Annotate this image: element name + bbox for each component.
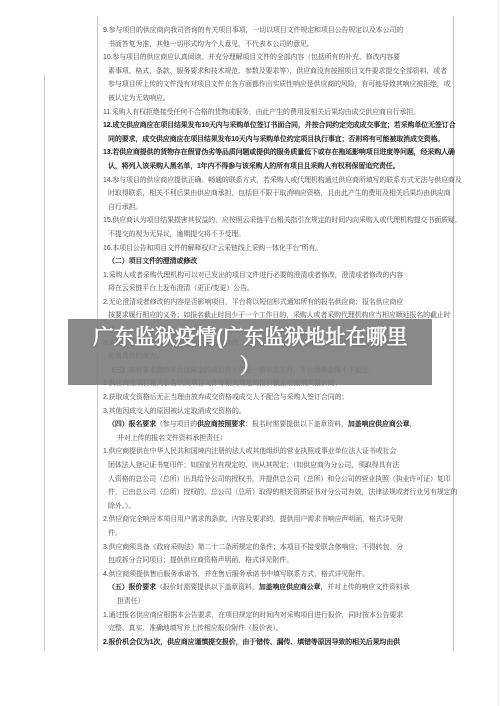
doc-line: 自行承担。 [103,201,449,215]
doc-line: 3.其他因成交人的原因被认定取消成交资格的。 [103,405,449,419]
doc-line: 15.供应商认为项目结果损害其权益的，应按照云采链平台相关指引在规定的时间内向采… [103,214,449,228]
doc-line: 件，已由总公司（总所）授权的，总公司（总所）取得的相关资质证书对分公司有效，法律… [103,486,449,500]
doc-line: 认，将列入该采购人黑名单，1年内不得参与该采购人的所有项目且采购人有权利保留追究… [103,160,449,174]
doc-line: 16.本项目公告和项目文件的解释权归“云采链线上采购一体化平台”所有。 [103,242,449,256]
doc-line-bold-segment: （五）报价要求 [108,584,156,591]
doc-line-segment: ，并对上传的响应文件资料承 [320,584,409,591]
doc-line: 2.供应商完全响应本项目用户需求的条款、内容及要求的，提供用户需求书响应声明函，… [103,513,449,527]
doc-line-bold-segment: （四）报名要求 [108,421,156,428]
doc-line-segment: ， [409,421,416,428]
doc-line-segment: （报价时需要提供以下盖章资料， [156,584,259,591]
doc-line: （四）报名要求（参与项目的供应商按照要求：报名时需要提供以下盖章资料，加盖响应供… [103,418,449,432]
doc-line-segment: （参与项目的 [156,421,197,428]
doc-line: 并对上传的报名文件资料承担责任） [103,432,449,446]
doc-line: 4.供应商须提供售后服务承诺书，并在售后服务承诺书中填写联系方式，格式详见附件。 [103,568,449,582]
doc-line: 被认定为无效响应。 [103,92,449,106]
doc-line: 11.采购人有权拒绝接受任何不合格的货物或服务，由此产生的费用及相关后果均由成交… [103,106,449,120]
doc-line: 不提交的视为无异议，逾期提交将不予受理。 [103,228,449,242]
doc-line: 3.供应商须具备《政府采购法》第二十二条所规定的条件；本项目不接受联合体响应；不… [103,541,449,555]
doc-line: 除外。）。 [103,500,449,514]
viewport-edge-line [498,0,499,706]
doc-line-bold-segment: 加盖响应供应商公章 [348,421,410,428]
doc-line: （五）报价要求（报价时需要提供以下盖章资料，加盖响应供应商公章，并对上传的响应文… [103,581,449,595]
doc-line-bold-segment: 供应商按照要求 [197,421,245,428]
doc-line: 将在云采链平台上发布澄清（更正/变更）公告。 [103,282,449,296]
page-border-right [453,16,454,650]
doc-line: 包或拆分合同项目；提供供应商资格声明函，格式详见附件。 [103,554,449,568]
doc-line-bold-segment: 加盖响应供应商公章 [259,584,321,591]
doc-line: 团体法人登记证书复印件；如国家另有规定的，则从其规定；（如供应商为分公司，须取得… [103,459,449,473]
doc-line: 9.参与项目的供应商向我司咨询的有关项目事项，一切以项目文件规定和项目公告规定以… [103,24,449,38]
overlay-title-line-1: 广东监狱疫情(广东监狱地址在哪里 [93,323,407,352]
scanned-document-viewer: { "overlay": { "title_line1": "广东监狱疫情(广东… [0,0,500,706]
doc-line: 1.采购人或者采购代理机构可以对已发出的项目文件进行必要的澄清或者修改，澄清或者… [103,269,449,283]
doc-line: 人资格的总公司（总所）出具给分公司的授权书，并提供总公司（总所）和分公司的营业执… [103,473,449,487]
doc-line: 14.参与项目的供应商应提供正确、畅通的联系方式，若采购人或代理机构通过供应商所… [103,174,449,188]
doc-line: 1.通过报名供应商应根据本公告要求，在项目规定的时间内对采购项目进行报价，同时按… [103,609,449,623]
overlay-title-line-2: ） [240,352,261,381]
doc-line: 素事项、格式、条款、服务要求和技术规范、参数及要求等），供应商没有按照项目文件要… [103,65,449,79]
doc-line: 件。 [103,527,449,541]
title-overlay-banner: 广东监狱疫情(广东监狱地址在哪里 ） [68,319,432,385]
doc-line: 完整、真实、准确地填写并上传相应报价附件（报价表）。 [103,622,449,636]
doc-line: 同的要求，成交供应商应在项目结果发布10天内与采购单位约定项目执行事宜；否则将有… [103,133,449,147]
doc-line: 2.获取成交资格后无正当理由放弃成交资格或成交人不配合与采购人签订合同的； [103,391,449,405]
doc-line: 2.报价机会仅为1次，供应商应谨慎提交报价，由于错传、漏传、填错等原因导致的相关… [103,636,449,650]
doc-line: 2.无论澄清或者修改的内容是否影响项目，平台将以短信形式通知所有的报名供应商；报… [103,296,449,310]
doc-line: 担责任） [103,595,449,609]
doc-line: （二）项目文件的澄清或修改 [103,255,449,269]
doc-line: 时取得联系，相关不利后果由供应商承担，包括但不限于取消响应资格，且由此产生的费用… [103,187,449,201]
doc-line: 10.参与项目的供应商应认真阅读、并充分理解项目文件的全部内容（包括所有的补充、… [103,51,449,65]
doc-line: 12.成交供应商应在项目结果发布10天内与采购单位签订书面合同，并按合同约定完成… [103,119,449,133]
doc-line: 参与项目所上传的文件没有对项目文件在各方面都作出实质性响应是供应商的风险，有可能… [103,78,449,92]
page-border-left-outer [44,75,45,650]
doc-line: 书面答复为准，其他一切形式均为个人意见，不代表本公司的意见。 [103,38,449,52]
doc-line: 1.供应商提供在中华人民共和国境内注册的法人或其他组织的营业执照或事业单位法人证… [103,445,449,459]
doc-line: 13.若供应商提供的货物存在假冒伪劣等品质问题或提供的服务质量低下或存在拖延影响… [103,146,449,160]
doc-line-segment: ：报名时需要提供以下盖章资料， [245,421,348,428]
